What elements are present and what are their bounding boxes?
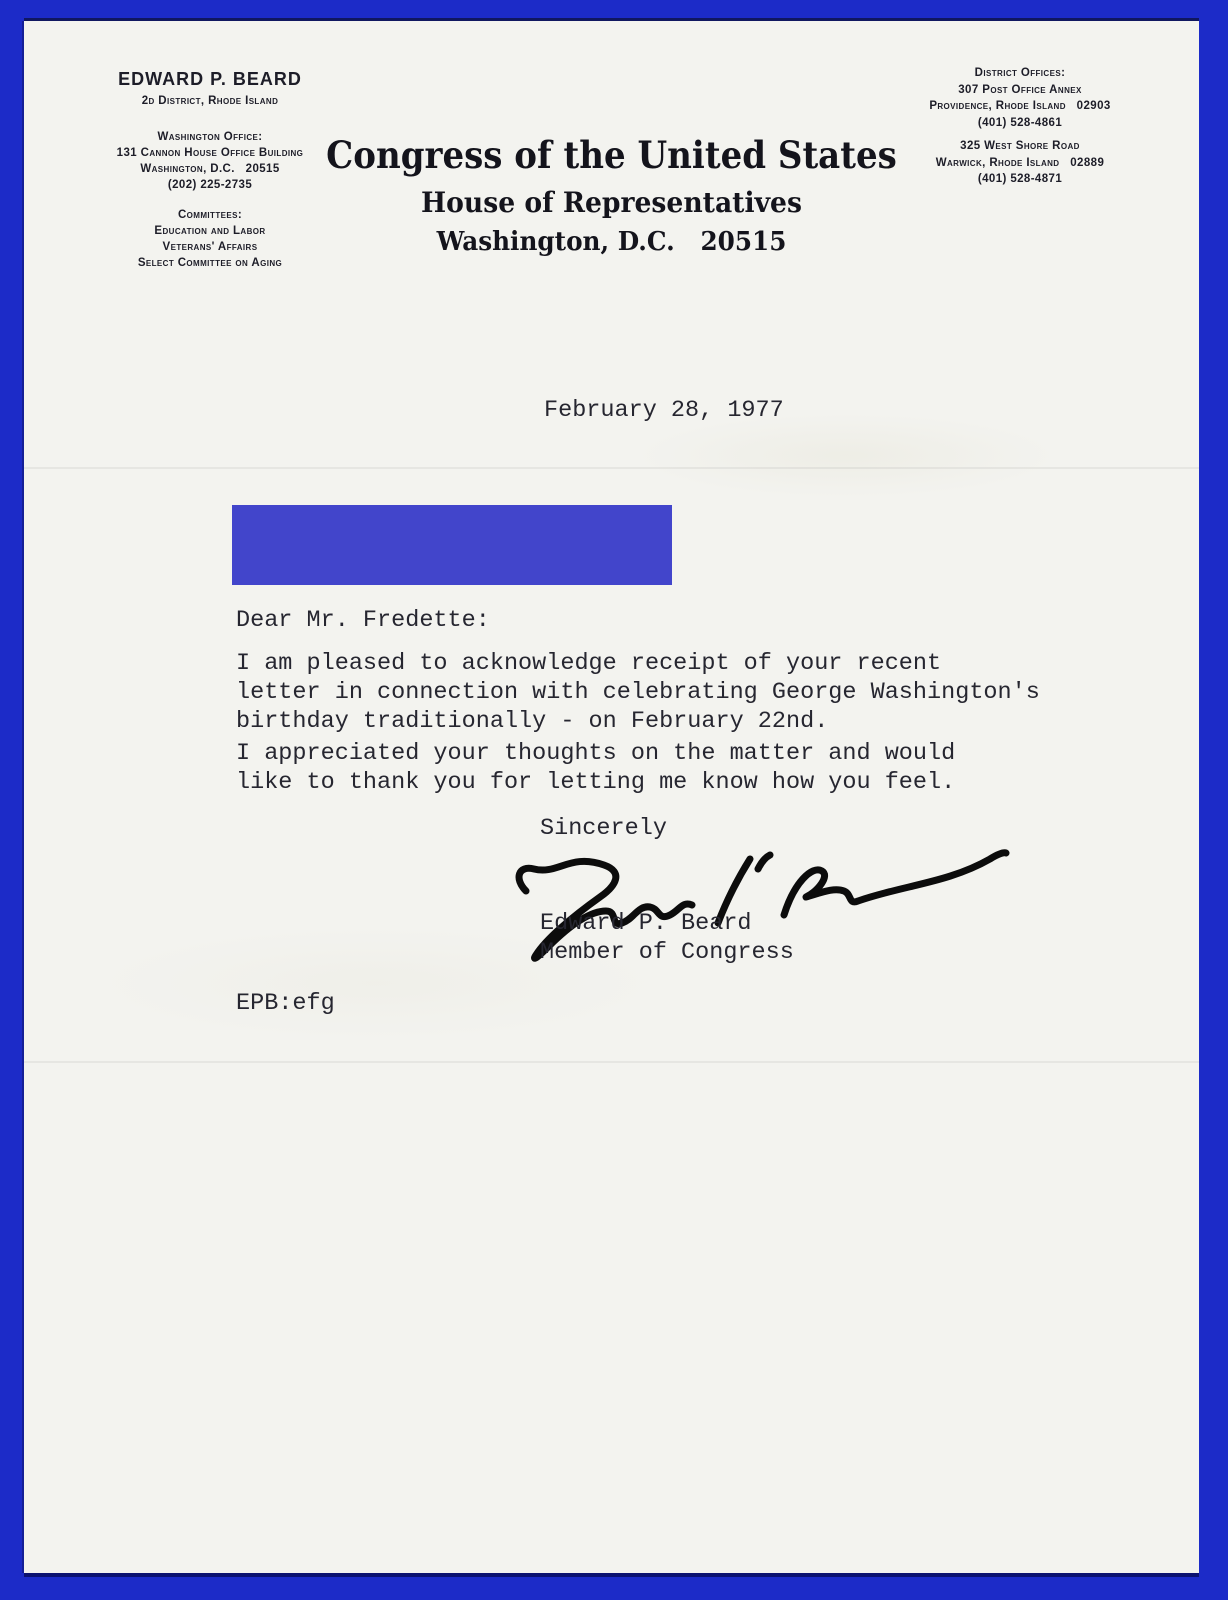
- body-paragraph-2: I appreciated your thoughts on the matte…: [236, 739, 955, 797]
- paper-crease-top: [24, 467, 1199, 469]
- signature-block-text: Edward P. Beard Member of Congress: [540, 909, 794, 967]
- member-district: 2d District, Rhode Island: [82, 93, 338, 109]
- body-line: birthday traditionally - on February 22n…: [236, 707, 1040, 736]
- body-line: I appreciated your thoughts on the matte…: [236, 739, 955, 768]
- masthead-house-line: House of Representatives: [53, 186, 1169, 219]
- body-line: I am pleased to acknowledge receipt of y…: [236, 649, 1040, 678]
- committee-item: Select Committee on Aging: [82, 255, 338, 271]
- district-office-phone: (401) 528-4861: [896, 115, 1144, 132]
- district-offices-title: District Offices:: [896, 65, 1144, 82]
- district-office-line: 307 Post Office Annex: [896, 82, 1144, 99]
- signer-name: Edward P. Beard: [540, 909, 794, 938]
- signer-title: Member of Congress: [540, 938, 794, 967]
- body-paragraph-1: I am pleased to acknowledge receipt of y…: [236, 649, 1040, 736]
- scanned-letter-page: { "letterhead": { "left": { "name": "EDW…: [0, 0, 1228, 1600]
- date-line: February 28, 1977: [544, 396, 784, 425]
- masthead: Congress of the United States House of R…: [24, 133, 1199, 257]
- letter-paper: EDWARD P. BEARD 2d District, Rhode Islan…: [24, 21, 1199, 1573]
- member-name: EDWARD P. BEARD: [82, 69, 338, 90]
- reference-initials: EPB:efg: [236, 989, 335, 1018]
- redacted-address-block: [232, 505, 672, 585]
- masthead-congress-line: Congress of the United States: [71, 133, 1152, 177]
- masthead-city-line: Washington, D.C. 20515: [53, 227, 1169, 257]
- body-line: like to thank you for letting me know ho…: [236, 768, 955, 797]
- salutation: Dear Mr. Fredette:: [236, 606, 490, 635]
- body-line: letter in connection with celebrating Ge…: [236, 678, 1040, 707]
- district-office-line: Providence, Rhode Island 02903: [896, 98, 1144, 115]
- paper-crease-bottom: [24, 1061, 1199, 1063]
